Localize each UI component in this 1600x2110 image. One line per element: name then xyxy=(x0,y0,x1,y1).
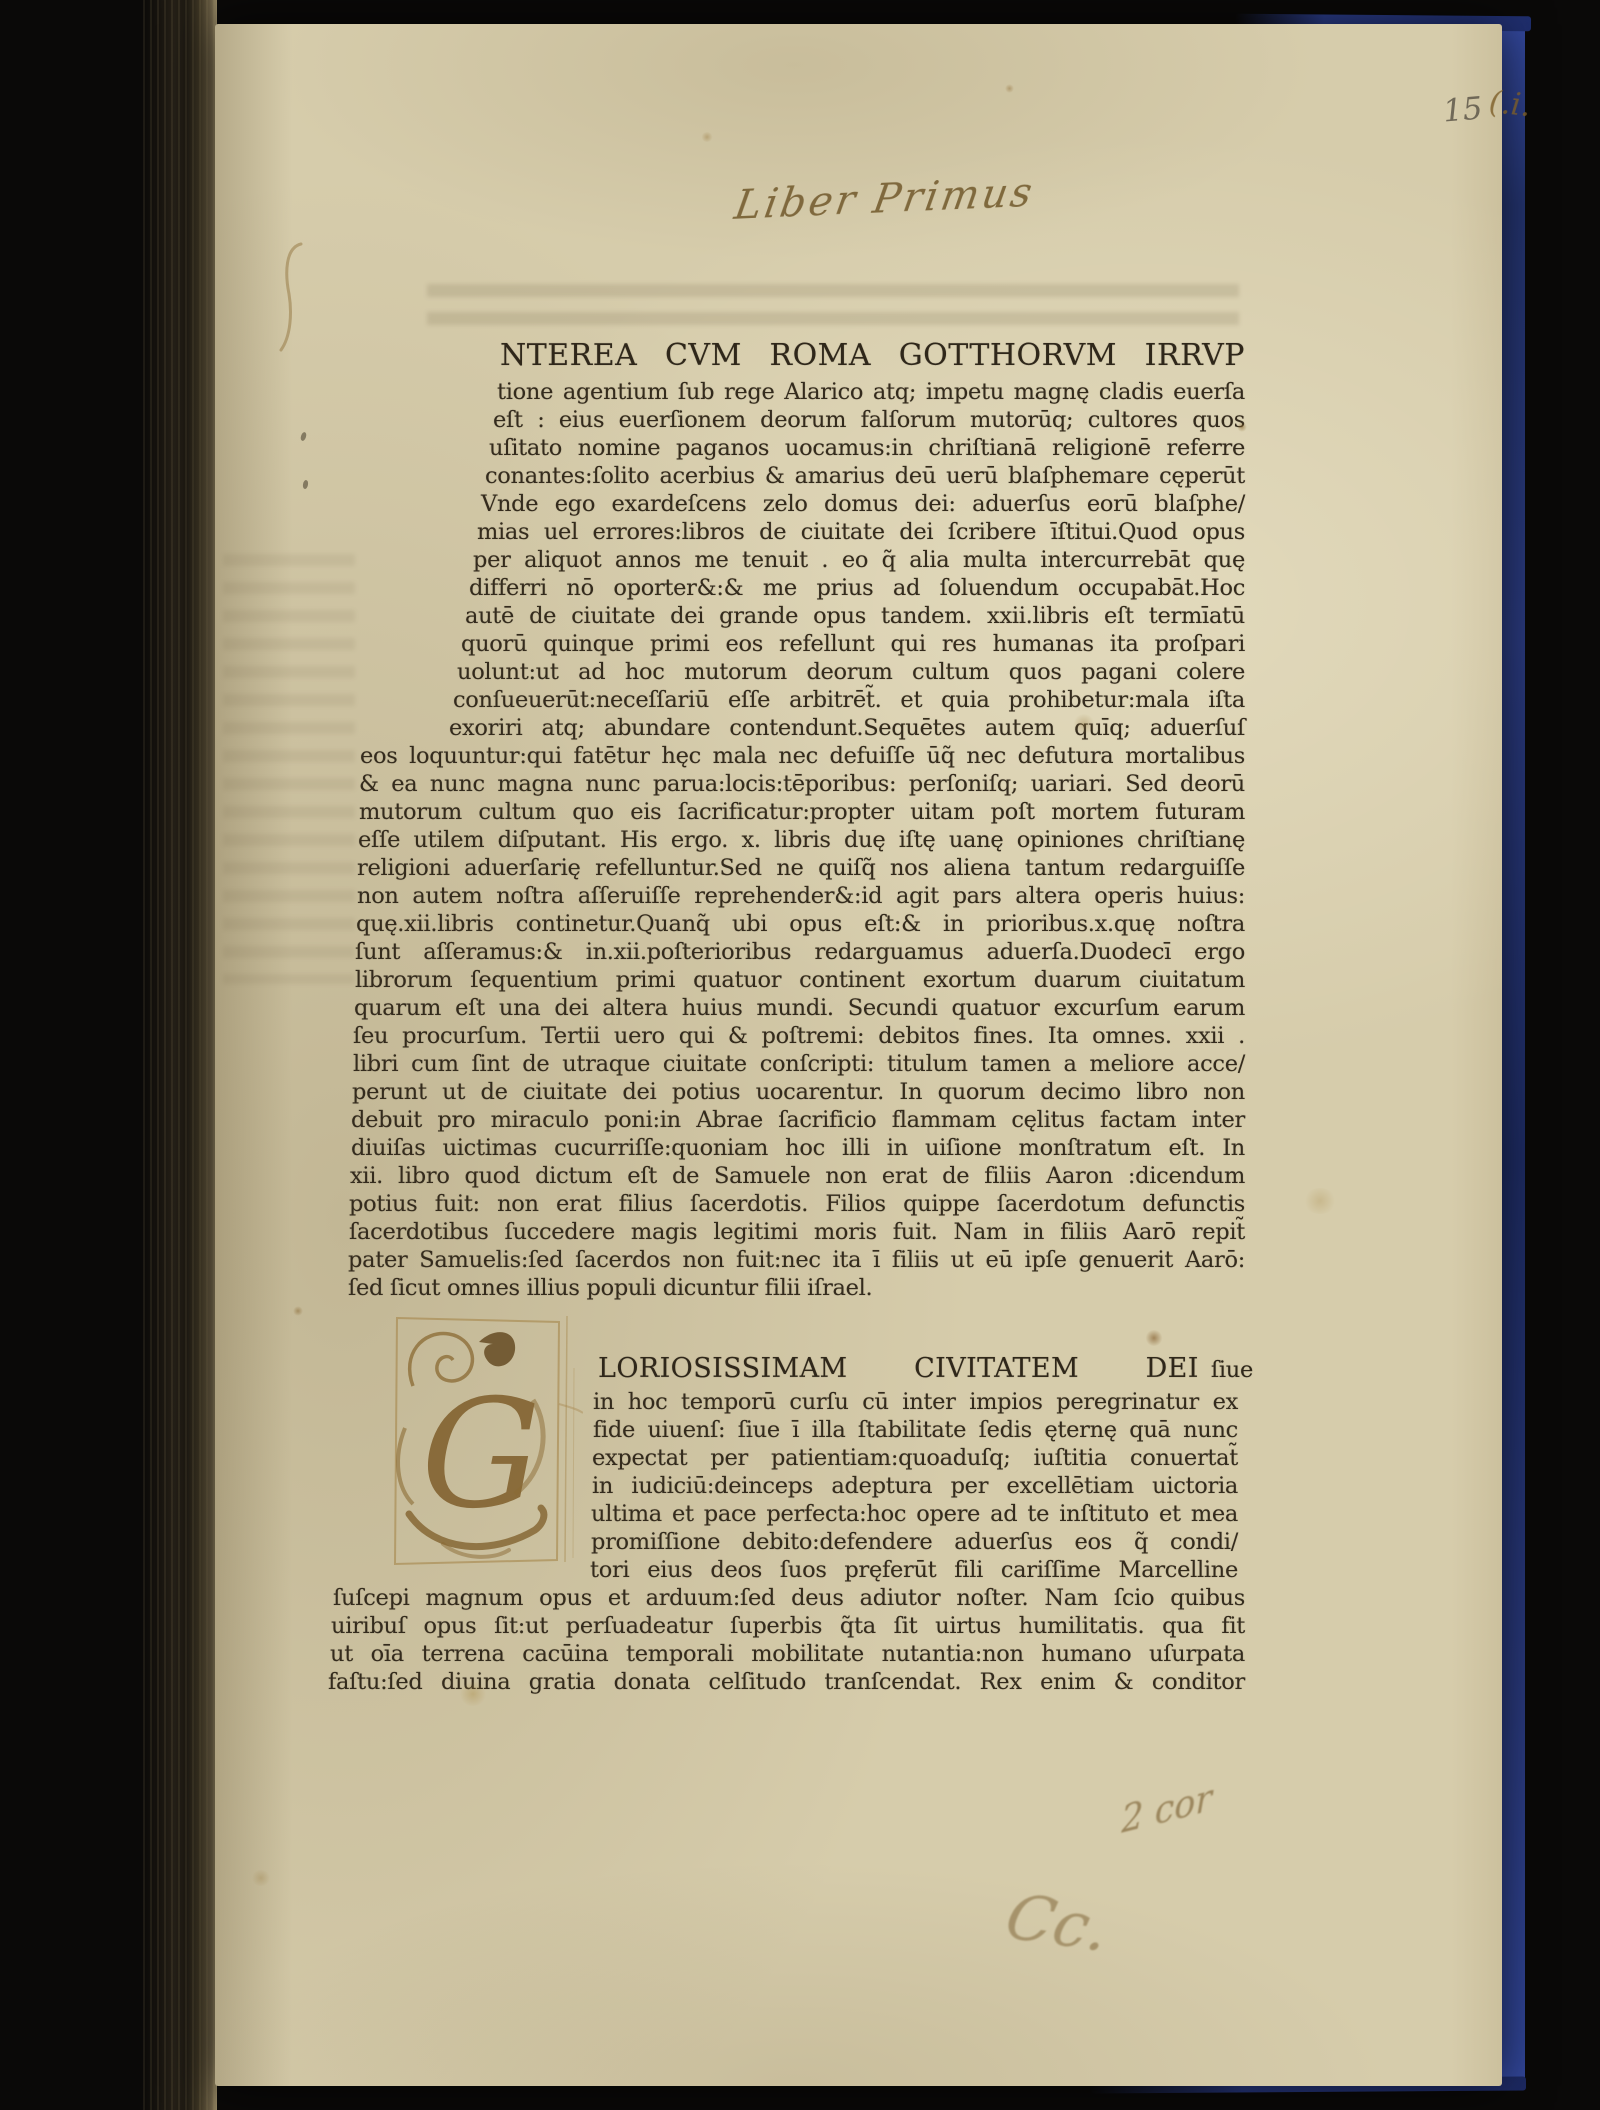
text-line: faſtu:ſed diuina gratia donata celſitudo… xyxy=(328,1668,1245,1696)
text-line: expectat per patientiam:quoaduſq; iuſtit… xyxy=(592,1444,1238,1472)
heading-tail: ſiue xyxy=(1211,1357,1253,1383)
text-line: perunt ut de ciuitate dei potius uocaren… xyxy=(352,1078,1245,1106)
text-line: librorum ſequentium primi quatuor contin… xyxy=(355,966,1245,994)
text-line: uolunt:ut ad hoc mutorum deorum cultum q… xyxy=(457,658,1245,686)
text-line: diuiſas uictimas cucurriſſe:quoniam hoc … xyxy=(351,1134,1245,1162)
ink-speck xyxy=(300,431,308,441)
text-line: eſſe utilem diſputant. His ergo. x. libr… xyxy=(358,826,1245,854)
text-line: pater Samuelis:ſed ſacerdos non fuit:nec… xyxy=(348,1246,1245,1274)
folio-number: 15 xyxy=(1442,90,1484,129)
guide-letter-mark xyxy=(275,240,309,356)
text-line: libri cum ſint de utraque ciuitate conſc… xyxy=(353,1050,1245,1078)
text-line: eſt : eius euerſionem deorum falſorum mu… xyxy=(493,406,1245,434)
stain xyxy=(251,1870,271,1886)
section-heading-interea: NTEREA CVM ROMA GOTTHORVM IRRVP xyxy=(500,338,1245,374)
text-line: mias uel errores:libros de ciuitate dei … xyxy=(477,518,1245,546)
stain xyxy=(293,1306,303,1316)
photographed-book-spread: Liber Primus 15 (.i. NTEREA CVM ROMA GOT… xyxy=(0,0,1600,2110)
ink-scribble-mid: 2 cor xyxy=(1121,1777,1212,1842)
text-line: conantes:ſolito acerbius & amarius deū u… xyxy=(485,462,1245,490)
verso-showthrough-top xyxy=(427,284,1239,334)
text-line: mutorum cultum quo eis ſacrificatur:prop… xyxy=(359,798,1245,826)
stain xyxy=(1005,84,1014,93)
text-line: differri nō oporter&:& me prius ad ſolue… xyxy=(469,574,1245,602)
text-line: quarum eſt una dei altera huius mundi. S… xyxy=(354,994,1245,1022)
text-line: uſitato nomine paganos uocamus:in chriſt… xyxy=(489,434,1245,462)
stain xyxy=(701,132,713,142)
blue-fore-edge xyxy=(1502,20,1525,2086)
text-line: ſunt aſſeramus:& in.xii.poſterioribus re… xyxy=(355,938,1245,966)
text-line: ut oīa terrena cacūina temporali mobilit… xyxy=(330,1640,1245,1668)
text-line: fide uiuenſ: ſiue ī illa ſtabilitate ſed… xyxy=(593,1416,1238,1444)
text-line: non autem noſtra aſſeruiſſe reprehender&… xyxy=(357,882,1245,910)
text-line: ſeu procurſum. Tertii uero qui & poſtrem… xyxy=(353,1022,1245,1050)
manuscript-page: Liber Primus 15 (.i. NTEREA CVM ROMA GOT… xyxy=(215,24,1502,2086)
text-line: ſuſcepi magnum opus et arduum:ſed deus a… xyxy=(333,1584,1245,1612)
text-line: in hoc temporū curſu cū inter impios per… xyxy=(593,1388,1238,1416)
text-line: exoriri atq; abundare contendunt.Sequēte… xyxy=(449,714,1245,742)
ink-scribble-bottom: Cc. xyxy=(999,1880,1118,1965)
text-line: promiſſione debito:defendere aduerſus eo… xyxy=(591,1528,1238,1556)
text-line: in iudiciū:deinceps adeptura per excellē… xyxy=(592,1472,1238,1500)
text-line: tione agentium ſub rege Alarico atq; imp… xyxy=(497,378,1245,406)
text-line: ſed ſicut omnes illius populi dicuntur f… xyxy=(348,1274,1245,1302)
text-line: & ea nunc magna nunc parua:locis:tēporib… xyxy=(359,770,1245,798)
text-line: eos loquuntur:qui fatētur hęc mala nec d… xyxy=(360,742,1245,770)
text-line: Vnde ego exardeſcens zelo domus dei: adu… xyxy=(481,490,1245,518)
text-line: conſueuerūt:neceſſariū eſſe arbitrēt̃. e… xyxy=(453,686,1245,714)
text-line: quorū quinque primi eos refellunt qui re… xyxy=(461,630,1245,658)
quire-mark: (.i. xyxy=(1487,84,1532,124)
verso-showthrough-left-margin xyxy=(223,554,355,984)
stain xyxy=(1303,1188,1337,1214)
header-inscription: Liber Primus xyxy=(731,169,1038,228)
ink-speck xyxy=(302,480,308,490)
text-line: religioni aduerſarię refelluntur.Sed ne … xyxy=(357,854,1245,882)
section-heading-gloriosissimam: LORIOSISSIMAM CIVITATEM DEIſiue xyxy=(598,1352,1253,1386)
text-line: tori eius deos ſuos pręferūt fili cariſſ… xyxy=(590,1556,1238,1584)
decorated-initial-g: G xyxy=(383,1308,583,1570)
heading-caps: LORIOSISSIMAM CIVITATEM DEI xyxy=(598,1353,1199,1384)
text-line: quę.xii.libris continetur.Quanq̃ ubi opu… xyxy=(356,910,1245,938)
text-line: debuit pro miraculo poni:in Abrae ſacrif… xyxy=(351,1106,1245,1134)
book-gutter-page-edges xyxy=(143,0,217,2110)
svg-text:G: G xyxy=(421,1368,541,1542)
text-line: xii. libro quod dictum eſt de Samuele no… xyxy=(350,1162,1245,1190)
text-line: ſacerdotibus ſuccedere magis legitimi mo… xyxy=(349,1218,1245,1246)
text-line: autē de ciuitate dei grande opus tandem.… xyxy=(465,602,1245,630)
text-line: potius fuit: non erat filius ſacerdotis.… xyxy=(349,1190,1245,1218)
text-line: ultima et pace perfecta:hoc opere ad te … xyxy=(591,1500,1238,1528)
stain xyxy=(1145,1330,1163,1346)
text-line: uiribuſ opus ſit:ut perſuadeatur ſuperbi… xyxy=(331,1612,1245,1640)
text-line: per aliquot annos me tenuit . eo q̃ alia… xyxy=(473,546,1245,574)
